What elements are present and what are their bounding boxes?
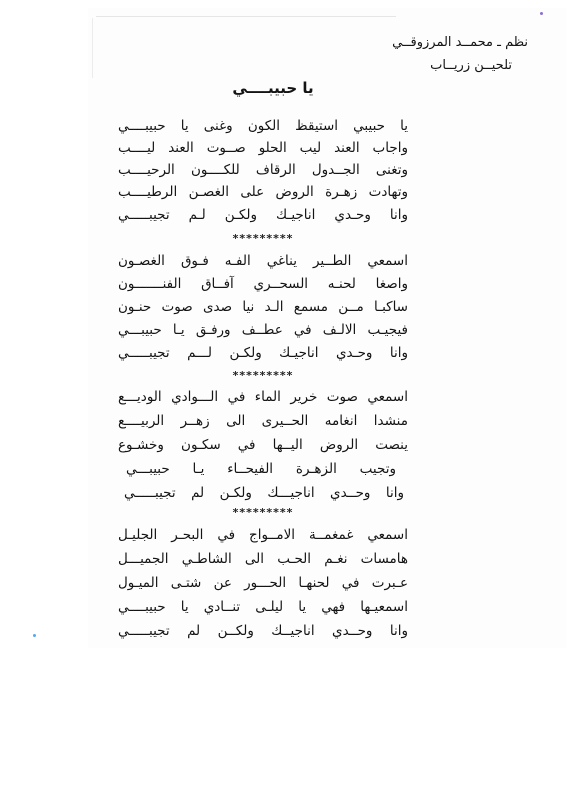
verse-line: يا حبيبي استيقظ الكون وغنى يا حبيبــــي xyxy=(118,118,408,134)
verse-line: وانا وحــدي اناجيــك ولكــن لم تجيبـــــ… xyxy=(118,623,408,639)
verse-line: اسمعي غمغمــة الامــواج في البحـر الجليـ… xyxy=(118,527,408,543)
ink-speck-purple xyxy=(540,12,543,15)
verse-line: منشدا انغامه الحــيرى الى زهــر الربيـــ… xyxy=(118,413,408,429)
verse-line: عـبرت في لحنهـا الحـــور عن شتـى الميـول xyxy=(118,575,408,591)
verse-line: ساكبـا مــن مسمع الـد نيا صدى صوت حنـون xyxy=(118,299,408,315)
ink-speck-blue xyxy=(33,634,36,637)
scan-edge-top xyxy=(96,16,396,17)
composer-line: تلحيــن زريــاب xyxy=(430,58,512,74)
stanza-divider: ********* xyxy=(0,369,566,382)
verse-line: وانا وحــدي اناجيـــك ولكـن لم تجيبـــــ… xyxy=(124,485,404,501)
verse-line: وتغنى الجــدول الرقاف للكــــون الرحيـــ… xyxy=(118,162,408,178)
verse-line: وانا وحـدي اناجيـك ولكـن لـــم تجيبـــــ… xyxy=(118,345,408,361)
verse-line: هامسات نغـم الحـب الى الشاطـي الجميـــل xyxy=(118,551,408,567)
verse-line: فيجيـب الالـف في عطــف ورفـق يـا حبيبـــ… xyxy=(118,322,408,338)
verse-line: وتجيب الزهـرة الفيحــاء يـا حبيبـــي xyxy=(126,461,396,477)
verse-line: اسمعي صوت خرير الماء في الـــوادي الوديـ… xyxy=(118,389,408,405)
verse-line: اسمعي الطــير يناغي الفـه فـوق الغصـون xyxy=(118,253,408,269)
scan-edge-left xyxy=(92,18,93,78)
verse-line: وتهادت زهـرة الروض على الغصـن الرطيــــب xyxy=(118,184,408,200)
verse-line: ينصت الروض اليــها في سكـون وخشـوع xyxy=(118,437,408,453)
stanza-divider: ********* xyxy=(0,232,566,245)
poem-title: يا حبيبــــي xyxy=(0,79,566,97)
verse-line: واصغا لحنـه السحــري آفــاق الفنـــــــو… xyxy=(118,276,408,292)
verse-line: اسمعيـها فهي يا ليلـى تنــادي يا حبيبـــ… xyxy=(118,599,408,615)
verse-line: وانا وحـدي اناجيـك ولكـن لـم تجيبـــــي xyxy=(118,207,408,223)
stanza-divider: ********* xyxy=(0,506,566,519)
author-line: نظم ـ محمــد المرزوقــي xyxy=(392,35,528,51)
verse-line: واجاب العند ليب الحلو صــوت العند ليــــ… xyxy=(118,140,408,156)
